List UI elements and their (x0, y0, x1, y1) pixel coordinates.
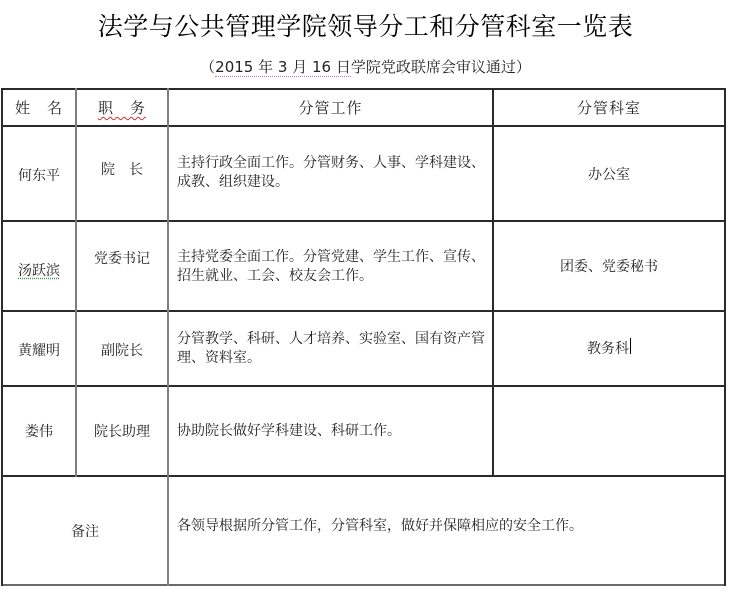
header-name: 姓 名 (3, 90, 75, 125)
row-1-offices: 办公室 (494, 127, 724, 220)
header-offices: 分管科室 (494, 90, 724, 125)
header-position: 职 务 (77, 90, 167, 125)
row-3-name: 黄耀明 (3, 312, 75, 385)
header-duties: 分管工作 (169, 90, 492, 125)
text-cursor (630, 338, 631, 354)
row-2-position: 党委书记 (77, 222, 167, 310)
document-title: 法学与公共管理学院领导分工和分管科室一览表 (0, 10, 731, 44)
row-2-offices: 团委、党委秘书 (494, 222, 724, 310)
document-subtitle: （2015 年 3 月 16 日学院党政联席会审议通过） (0, 56, 731, 78)
row-1-duties: 主持行政全面工作。分管财务、人事、学科建设、成教、组织建设。 (169, 127, 492, 220)
subtitle-date: 2015 年 3 月 16 日 (215, 58, 351, 77)
row-4-position: 院长助理 (77, 387, 167, 475)
row-4-name: 娄伟 (3, 387, 75, 475)
table-border-bottom (1, 584, 726, 586)
row-3-position: 副院长 (77, 312, 167, 385)
remark-label: 备注 (3, 477, 167, 584)
row-4-offices (494, 387, 724, 475)
row-3-offices-text: 教务科 (587, 338, 629, 358)
row-3-duties: 分管教学、科研、人才培养、实验室、国有资产管理、资料室。 (169, 312, 492, 385)
leadership-table: 姓 名 职 务 分管工作 分管科室 何东平 院 长 主持行政全面工作。分管财务、… (1, 88, 726, 586)
row-1-name: 何东平 (3, 127, 75, 220)
row-2-name: 汤跃滨 (3, 222, 75, 310)
table-border-right (724, 88, 726, 586)
remark-text: 各领导根据所分管工作，分管科室，做好并保障相应的安全工作。 (169, 477, 724, 584)
subtitle-rest: 学院党政联席会审议通过） (351, 58, 531, 76)
row-2-duties: 主持党委全面工作。分管党建、学生工作、宣传、招生就业、工会、校友会工作。 (169, 222, 492, 310)
subtitle-prefix: （ (200, 58, 215, 76)
row-4-duties: 协助院长做好学科建设、科研工作。 (169, 387, 492, 475)
header-position-label: 职 务 (98, 97, 146, 118)
row-1-position: 院 长 (77, 127, 167, 220)
row-2-name-text: 汤跃滨 (18, 260, 60, 280)
row-3-offices[interactable]: 教务科 (494, 312, 724, 385)
